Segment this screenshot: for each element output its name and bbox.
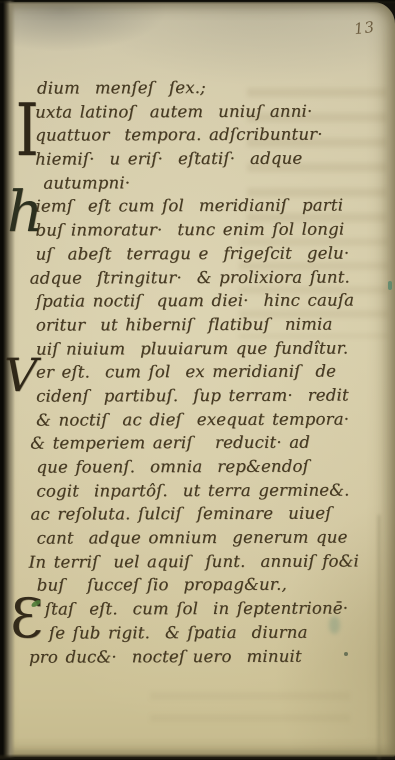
green-pigment-smudge [329,616,340,634]
green-pigment-speck [388,281,392,290]
dark-ink-speck [344,652,348,656]
verso-showthrough [150,692,350,732]
folio-number: 13 [353,18,376,38]
text-line: ſpatia noctiſ quam diei· hinc cauſa [36,289,386,314]
page-top-edge [0,0,395,4]
text-line: hiemiſ· u eriſ· eſtatiſ· adque [35,146,385,171]
text-line: cant adque omnium generum que [37,525,387,550]
text-line: quattuor tempora. adſcribuntur· [35,123,385,148]
text-line: iemſ eſt cum ſol meridianiſ parti [35,194,385,219]
text-line: adque ſtringitur· & prolixiora ſunt. [30,265,386,290]
text-line: uiſ niuium pluuiarum que fundîtur. [36,336,386,361]
manuscript-scan: 13 dium menſeſ ſex.; uxta latinoſ autem … [0,0,395,760]
text-line: uxta latinoſ autem uniuſ anni· [35,99,385,124]
text-line: autumpni· [43,170,385,195]
text-line: In terriſ uel aquiſ ſunt. annuiſ fo&i [29,549,387,574]
text-line: & noctiſ ac dieſ exequat tempora· [36,407,386,432]
text-block: dium menſeſ ſex.; uxta latinoſ autem uni… [35,75,387,668]
text-line: uſ abeſt terragu e frigeſcit gelu· [36,241,386,266]
initial-capital-I: I [16,94,39,166]
initial-capital-V: V [4,352,37,398]
text-line: er eſt. cum ſol ex meridianiſ de [36,360,386,385]
page-bottom-edge [0,754,395,760]
text-line: dium menſeſ ſex.; [37,75,385,100]
text-line: cogit inpartôſ. ut terra germine&. [36,478,386,503]
text-line: ac reſoluta. ſulciſ ſeminare uiueſ [30,502,386,527]
text-line: buſ ſucceſ ſio propag&ur., [37,573,387,598]
text-line: oritur ut hiberniſ flatibuſ nimia [36,312,386,337]
text-line: que fouenſ. omnia rep&endoſ [36,454,386,479]
text-line: pro duc&· nocteſ uero minuit [29,644,387,669]
initial-capital-h: h [7,185,43,241]
text-line: cidenſ partibuſ. ſup terram· redit [36,383,386,408]
text-line: buſ inmoratur· tunc enim ſol longi [35,218,385,243]
text-line: & temperiem aeriſ reducit· ad [30,431,386,456]
